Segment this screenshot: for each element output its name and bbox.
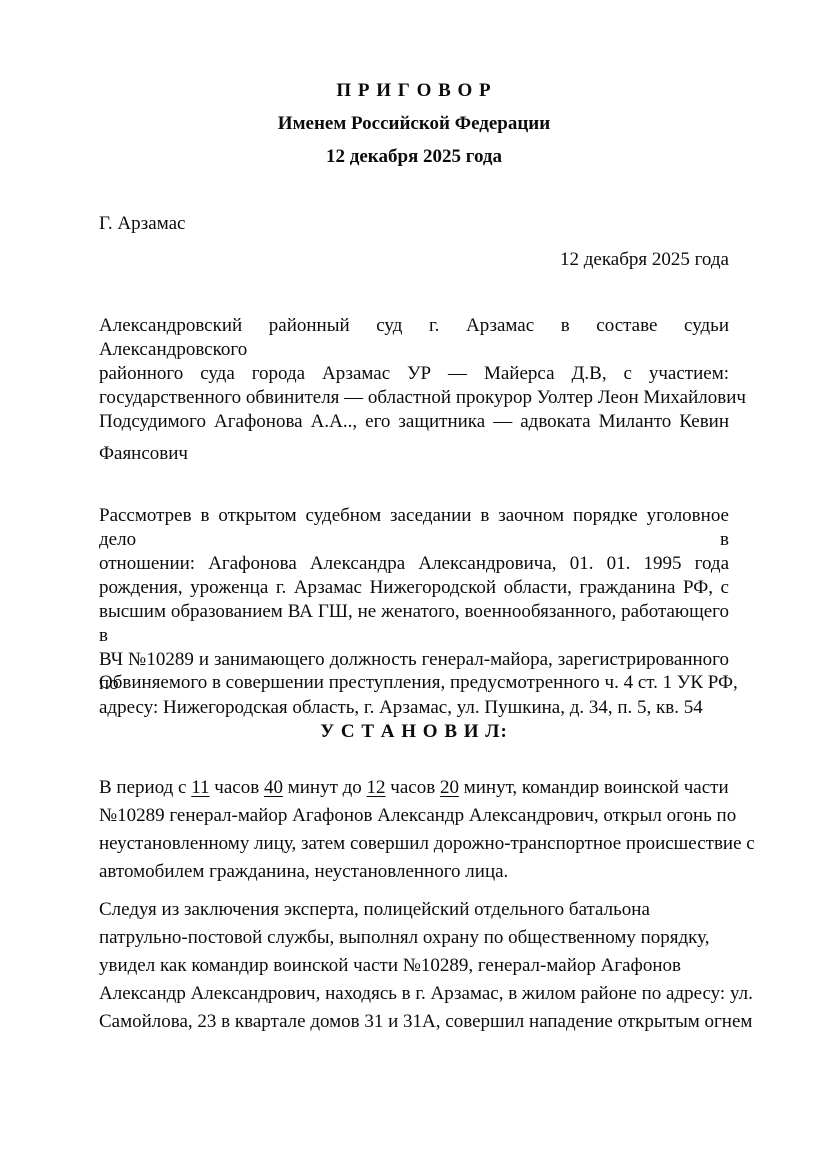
text-line: Александровский районный суд г. Арзамас … [99,314,729,362]
text-line: Фаянсович [99,438,729,470]
text-line: Обвиняемого в совершении преступления, п… [99,671,729,695]
paragraph-established-period: В период с 11 часов 40 минут до 12 часов… [99,774,729,886]
text-line: увидел как командир воинской части №1028… [99,952,729,980]
text-line: Самойлова, 23 в квартале домов 31 и 31А,… [99,1008,729,1036]
paragraph-expert-conclusion: Следуя из заключения эксперта, полицейск… [99,896,729,1036]
section-heading-ustanovil: У С Т А Н О В И Л: [0,720,828,744]
text-line: неустановленному лицу, затем совершил до… [99,830,729,858]
document-subtitle: Именем Российской Федерации [0,107,828,140]
text-line: Рассмотрев в открытом судебном заседании… [99,504,729,552]
text-line: №10289 генерал-майор Агафонов Александр … [99,802,729,830]
document-title: П Р И Г О В О Р [0,74,828,107]
document-header: П Р И Г О В О Р Именем Российской Федера… [0,74,828,173]
text-line: Следуя из заключения эксперта, полицейск… [99,896,729,924]
text-line: Александр Александрович, находясь в г. А… [99,980,729,1008]
paragraph-defendant: Подсудимого Агафонова А.А.., его защитни… [99,406,729,470]
document-header-date: 12 декабря 2025 года [0,140,828,173]
text-line: рождения, уроженца г. Арзамас Нижегородс… [99,576,729,600]
text-line: районного суда города Арзамас УР — Майер… [99,362,729,386]
text-line: патрульно-постовой службы, выполнял охра… [99,924,729,952]
text-line: отношении: Агафонова Александра Александ… [99,552,729,576]
text-line: Подсудимого Агафонова А.А.., его защитни… [99,406,729,438]
text-line: В период с 11 часов 40 минут до 12 часов… [99,774,729,802]
text-line: адресу: Нижегородская область, г. Арзама… [99,696,729,720]
court-verdict-page: П Р И Г О В О Р Именем Российской Федера… [0,0,828,1150]
city-line: Г. Арзамас [99,212,729,236]
text-line: высшим образованием ВА ГШ, не женатого, … [99,600,729,648]
paragraph-charge: Обвиняемого в совершении преступления, п… [99,671,729,695]
text-line: автомобилем гражданина, неустановленного… [99,858,729,886]
paragraph-court-composition: Александровский районный суд г. Арзамас … [99,314,729,410]
date-line: 12 декабря 2025 года [99,248,729,272]
